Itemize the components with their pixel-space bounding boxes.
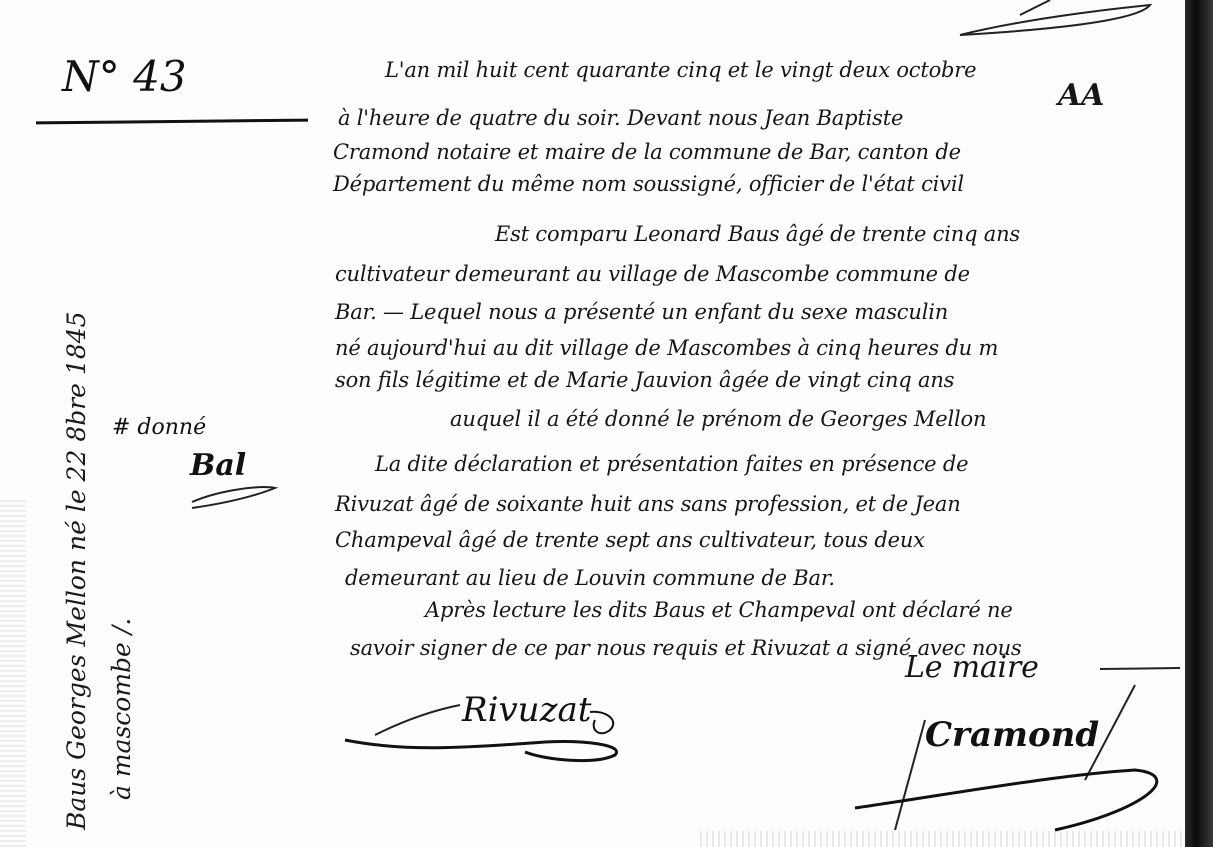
body-line-6: cultivateur demeurant au village de Masc… (335, 262, 970, 286)
margin-place-note: à mascombe /. (107, 618, 136, 800)
margin-initials-flourish (190, 480, 280, 510)
body-line-9: son fils légitime et de Marie Jauvion âg… (335, 368, 954, 392)
body-line-10: auquel il a été donné le prénom de Georg… (450, 407, 986, 431)
marginal-insert-mark: AA (1058, 78, 1104, 113)
body-line-12: Rivuzat âgé de soixante huit ans sans pr… (335, 492, 961, 516)
body-line-8: né aujourd'hui au dit village de Mascomb… (335, 336, 998, 360)
closing-rule (1100, 666, 1180, 672)
scan-edge-shadow (0, 500, 26, 847)
margin-name-note: Baus Georges Mellon né le 22 8bre 1845 (62, 311, 91, 830)
body-line-7: Bar. — Lequel nous a présenté un enfant … (335, 300, 948, 324)
body-line-3: Cramond notaire et maire de la commune d… (333, 140, 961, 164)
mayor-signature-flourish (855, 680, 1175, 840)
body-line-1: L'an mil huit cent quarante cinq et le v… (385, 58, 976, 82)
body-line-14: demeurant au lieu de Louvin commune de B… (345, 566, 835, 590)
register-page: N° 43 Baus Georges Mellon né le 22 8bre … (0, 0, 1213, 847)
body-line-2: à l'heure de quatre du soir. Devant nous… (338, 106, 903, 130)
record-number: N° 43 (62, 52, 187, 101)
witness-signature-flourish (345, 690, 645, 770)
body-line-5: Est comparu Leonard Baus âgé de trente c… (495, 222, 1020, 246)
record-number-underline (36, 119, 308, 125)
body-line-15: Après lecture les dits Baus et Champeval… (425, 598, 1013, 622)
margin-annotation: # donné (112, 415, 206, 440)
body-line-13: Champeval âgé de trente sept ans cultiva… (335, 528, 925, 552)
previous-signature-flourish (900, 0, 1160, 50)
margin-initials: Bal (190, 448, 246, 483)
body-line-4: Département du même nom soussigné, offic… (333, 172, 964, 196)
book-binding-edge (1185, 0, 1213, 847)
body-line-11: La dite déclaration et présentation fait… (375, 452, 968, 476)
